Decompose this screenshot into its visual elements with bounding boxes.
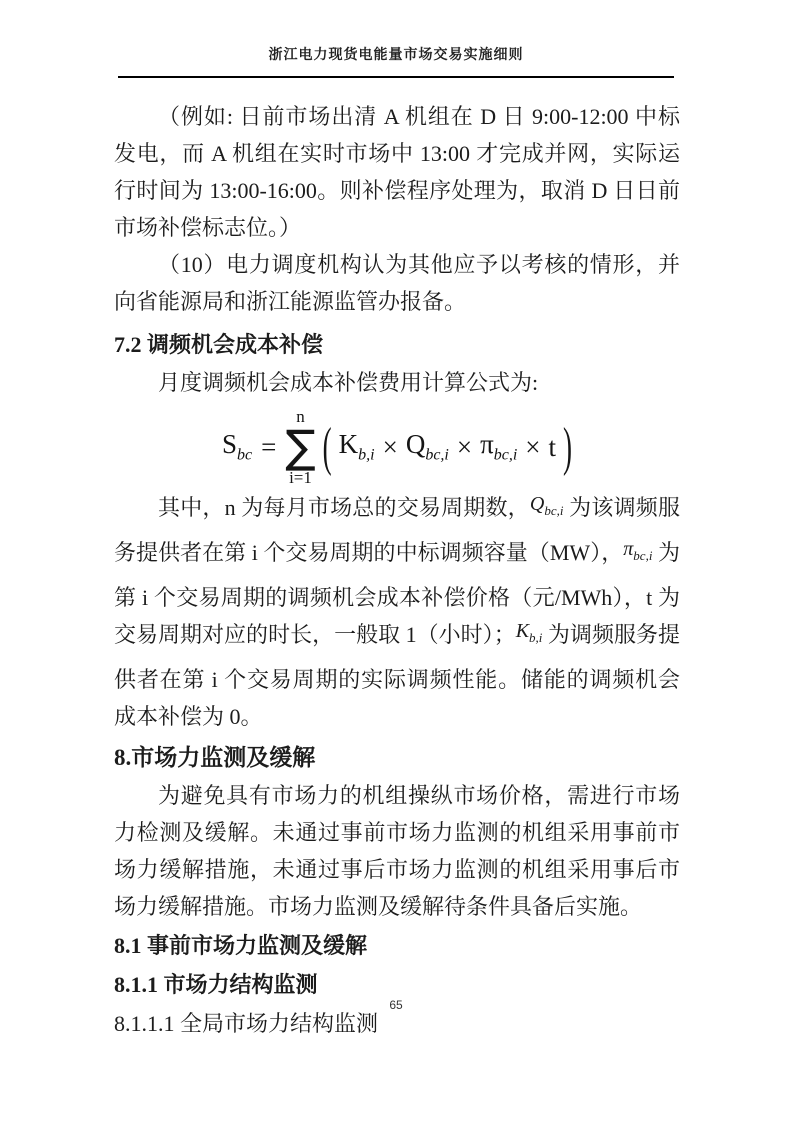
section-heading-7-2: 7.2 调频机会成本补偿 (114, 326, 680, 364)
formula-times-1: × (382, 432, 399, 463)
para-item-10: （10）电力调度机构认为其他应予以考核的情形，并向省能源局和浙江能源监管办报备。 (114, 246, 680, 320)
para-example: （例如: 日前市场出清 A 机组在 D 日 9:00-12:00 中标发电，而 … (114, 98, 680, 246)
formula-equals-sign: = (259, 432, 278, 463)
page-number: 65 (118, 998, 674, 1012)
formula-term-q: Qbc,i (406, 429, 449, 464)
summation-symbol: n ∑ i=1 (285, 408, 315, 486)
formula-term-t: t (549, 432, 557, 463)
summation-lower-limit: i=1 (289, 469, 312, 486)
inline-math-pi: πbc,i (623, 538, 652, 560)
explanation-text-1: 其中，n 为每月市场总的交易周期数， (158, 495, 530, 520)
header-rule (118, 76, 674, 78)
formula-lhs: Sbc (222, 429, 252, 464)
header-title: 浙江电力现货电能量市场交易实施细则 (118, 44, 674, 64)
section-heading-8: 8.市场力监测及缓解 (114, 739, 680, 777)
para-formula-intro: 月度调频机会成本补偿费用计算公式为: (114, 364, 680, 401)
formula-times-2: × (456, 432, 473, 463)
section-heading-8-1: 8.1 事前市场力监测及缓解 (114, 927, 680, 964)
document-content: （例如: 日前市场出清 A 机组在 D 日 9:00-12:00 中标发电，而 … (114, 98, 680, 1042)
inline-math-k: Kb,i (516, 620, 543, 642)
formula-open-paren: ( (323, 416, 332, 478)
para-formula-explanation: 其中，n 为每月市场总的交易周期数，Qbc,i 为该调频服务提供者在第 i 个交… (114, 489, 680, 735)
formula-term-k: Kb,i (339, 429, 375, 464)
formula-times-3: × (524, 432, 541, 463)
formula-term-pi: πbc,i (480, 429, 517, 464)
document-page: 浙江电力现货电能量市场交易实施细则 （例如: 日前市场出清 A 机组在 D 日 … (0, 0, 794, 1123)
para-market-power: 为避免具有市场力的机组操纵市场价格，需进行市场力检测及缓解。未通过事前市场力监测… (114, 777, 680, 925)
inline-math-q: Qbc,i (530, 493, 564, 515)
formula-close-paren: ) (563, 416, 572, 478)
formula-frequency-compensation: Sbc = n ∑ i=1 ( Kb,i × Qbc,i × πbc,i × t… (114, 407, 680, 487)
sigma-icon: ∑ (285, 426, 315, 467)
